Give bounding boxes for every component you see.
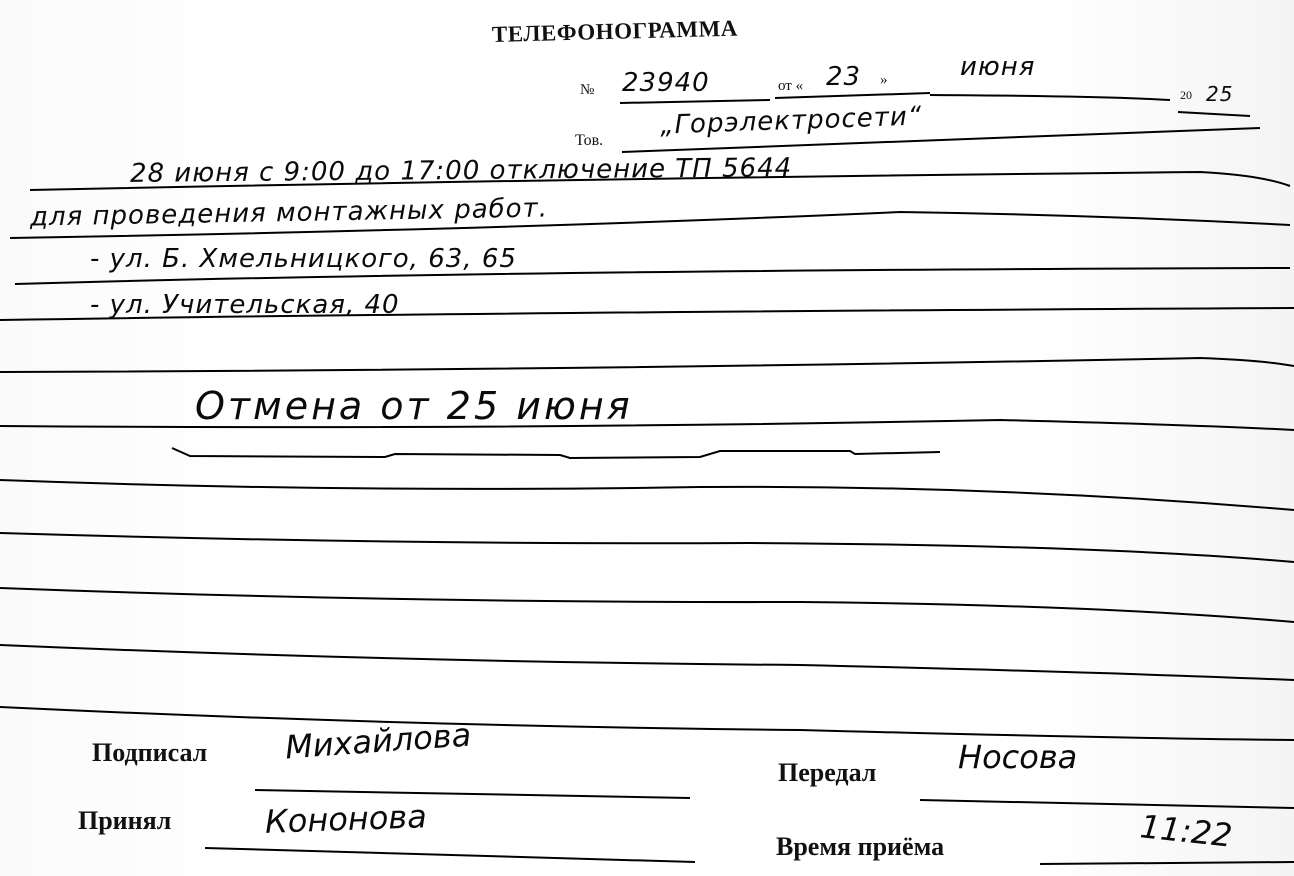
body-line-1: 28 июня с 9:00 до 17:00 отключение ТП 56… [130,153,792,189]
time-received-label: Время приёма [776,832,944,862]
date-from-label: от « [778,78,803,95]
document-title: ТЕЛЕФОНОГРАММА [492,16,739,48]
body-line-4: - ул. Учительская, 40 [90,290,400,320]
signed-signature: Михайлова [284,716,472,767]
date-close-quote: » [880,72,888,89]
received-signature: Кононова [264,797,427,841]
cancellation-note: Отмена от 25 июня [195,384,633,428]
year-prefix: 20 [1180,88,1192,103]
time-received-value: 11:22 [1138,807,1234,854]
day-value: 23 [826,62,861,92]
transmitted-label: Передал [778,758,876,788]
transmitted-signature: Носова [958,738,1077,776]
year-value: 25 [1206,82,1233,106]
recipient-value: „Горэлектросети“ [660,101,923,140]
number-value: 23940 [622,68,710,98]
body-line-2: для проведения монтажных работ. [30,193,548,232]
telephonogram-page: ТЕЛЕФОНОГРАММА № 23940 от « 23 » июня 20… [0,0,1294,876]
body-line-3: - ул. Б. Хмельницкого, 63, 65 [90,244,517,274]
number-label: № [580,82,594,99]
received-label: Принял [78,806,171,836]
recipient-label: Тов. [575,132,603,150]
signed-label: Подписал [92,738,207,768]
month-value: июня [960,52,1035,82]
